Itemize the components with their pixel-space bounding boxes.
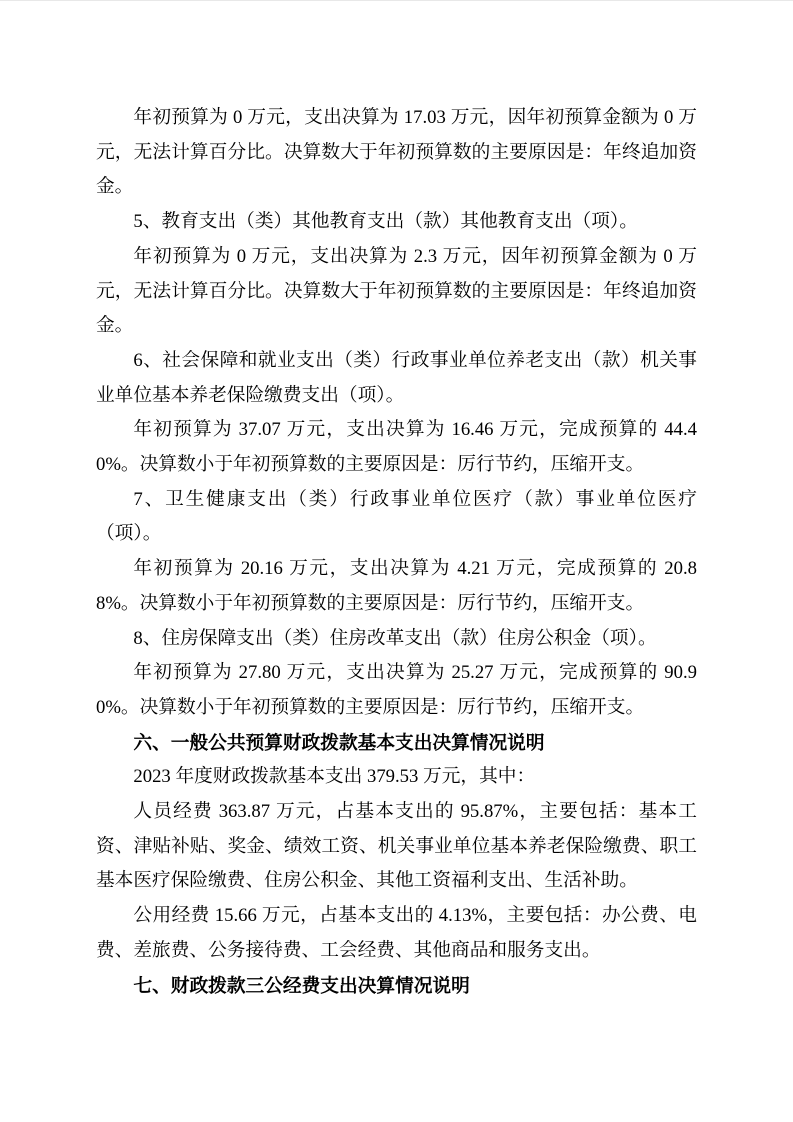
body-paragraph: 年初预算为 0 万元，支出决算为 2.3 万元，因年初预算金额为 0 万元，无法…: [96, 240, 697, 344]
body-paragraph-item-8-housing: 8、住房保障支出（类）住房改革支出（款）住房公积金（项）。: [96, 622, 697, 657]
body-paragraph: 年初预算为 20.16 万元，支出决算为 4.21 万元，完成预算的 20.88…: [96, 552, 697, 621]
body-paragraph-item-6-social: 6、社会保障和就业支出（类）行政事业单位养老支出（款）机关事业单位基本养老保险缴…: [96, 344, 697, 413]
body-paragraph-item-5-education: 5、教育支出（类）其他教育支出（款）其他教育支出（项）。: [96, 205, 697, 240]
document-page: 年初预算为 0 万元，支出决算为 17.03 万元，因年初预算金额为 0 万元，…: [0, 0, 793, 1122]
body-paragraph: 年初预算为 37.07 万元，支出决算为 16.46 万元，完成预算的 44.4…: [96, 413, 697, 482]
body-paragraph: 年初预算为 27.80 万元，支出决算为 25.27 万元，完成预算的 90.9…: [96, 656, 697, 725]
body-paragraph: 2023 年度财政拨款基本支出 379.53 万元，其中：: [96, 760, 697, 795]
body-paragraph: 年初预算为 0 万元，支出决算为 17.03 万元，因年初预算金额为 0 万元，…: [96, 101, 697, 205]
section-heading-seven: 七、财政拨款三公经费支出决算情况说明: [96, 969, 697, 1004]
body-paragraph-item-7-health: 7、卫生健康支出（类）行政事业单位医疗（款）事业单位医疗（项）。: [96, 483, 697, 552]
body-paragraph: 人员经费 363.87 万元，占基本支出的 95.87%，主要包括：基本工资、津…: [96, 795, 697, 899]
body-paragraph: 公用经费 15.66 万元，占基本支出的 4.13%，主要包括：办公费、电费、差…: [96, 899, 697, 968]
section-heading-six: 六、一般公共预算财政拨款基本支出决算情况说明: [96, 726, 697, 761]
document-body: 年初预算为 0 万元，支出决算为 17.03 万元，因年初预算金额为 0 万元，…: [96, 101, 697, 1003]
